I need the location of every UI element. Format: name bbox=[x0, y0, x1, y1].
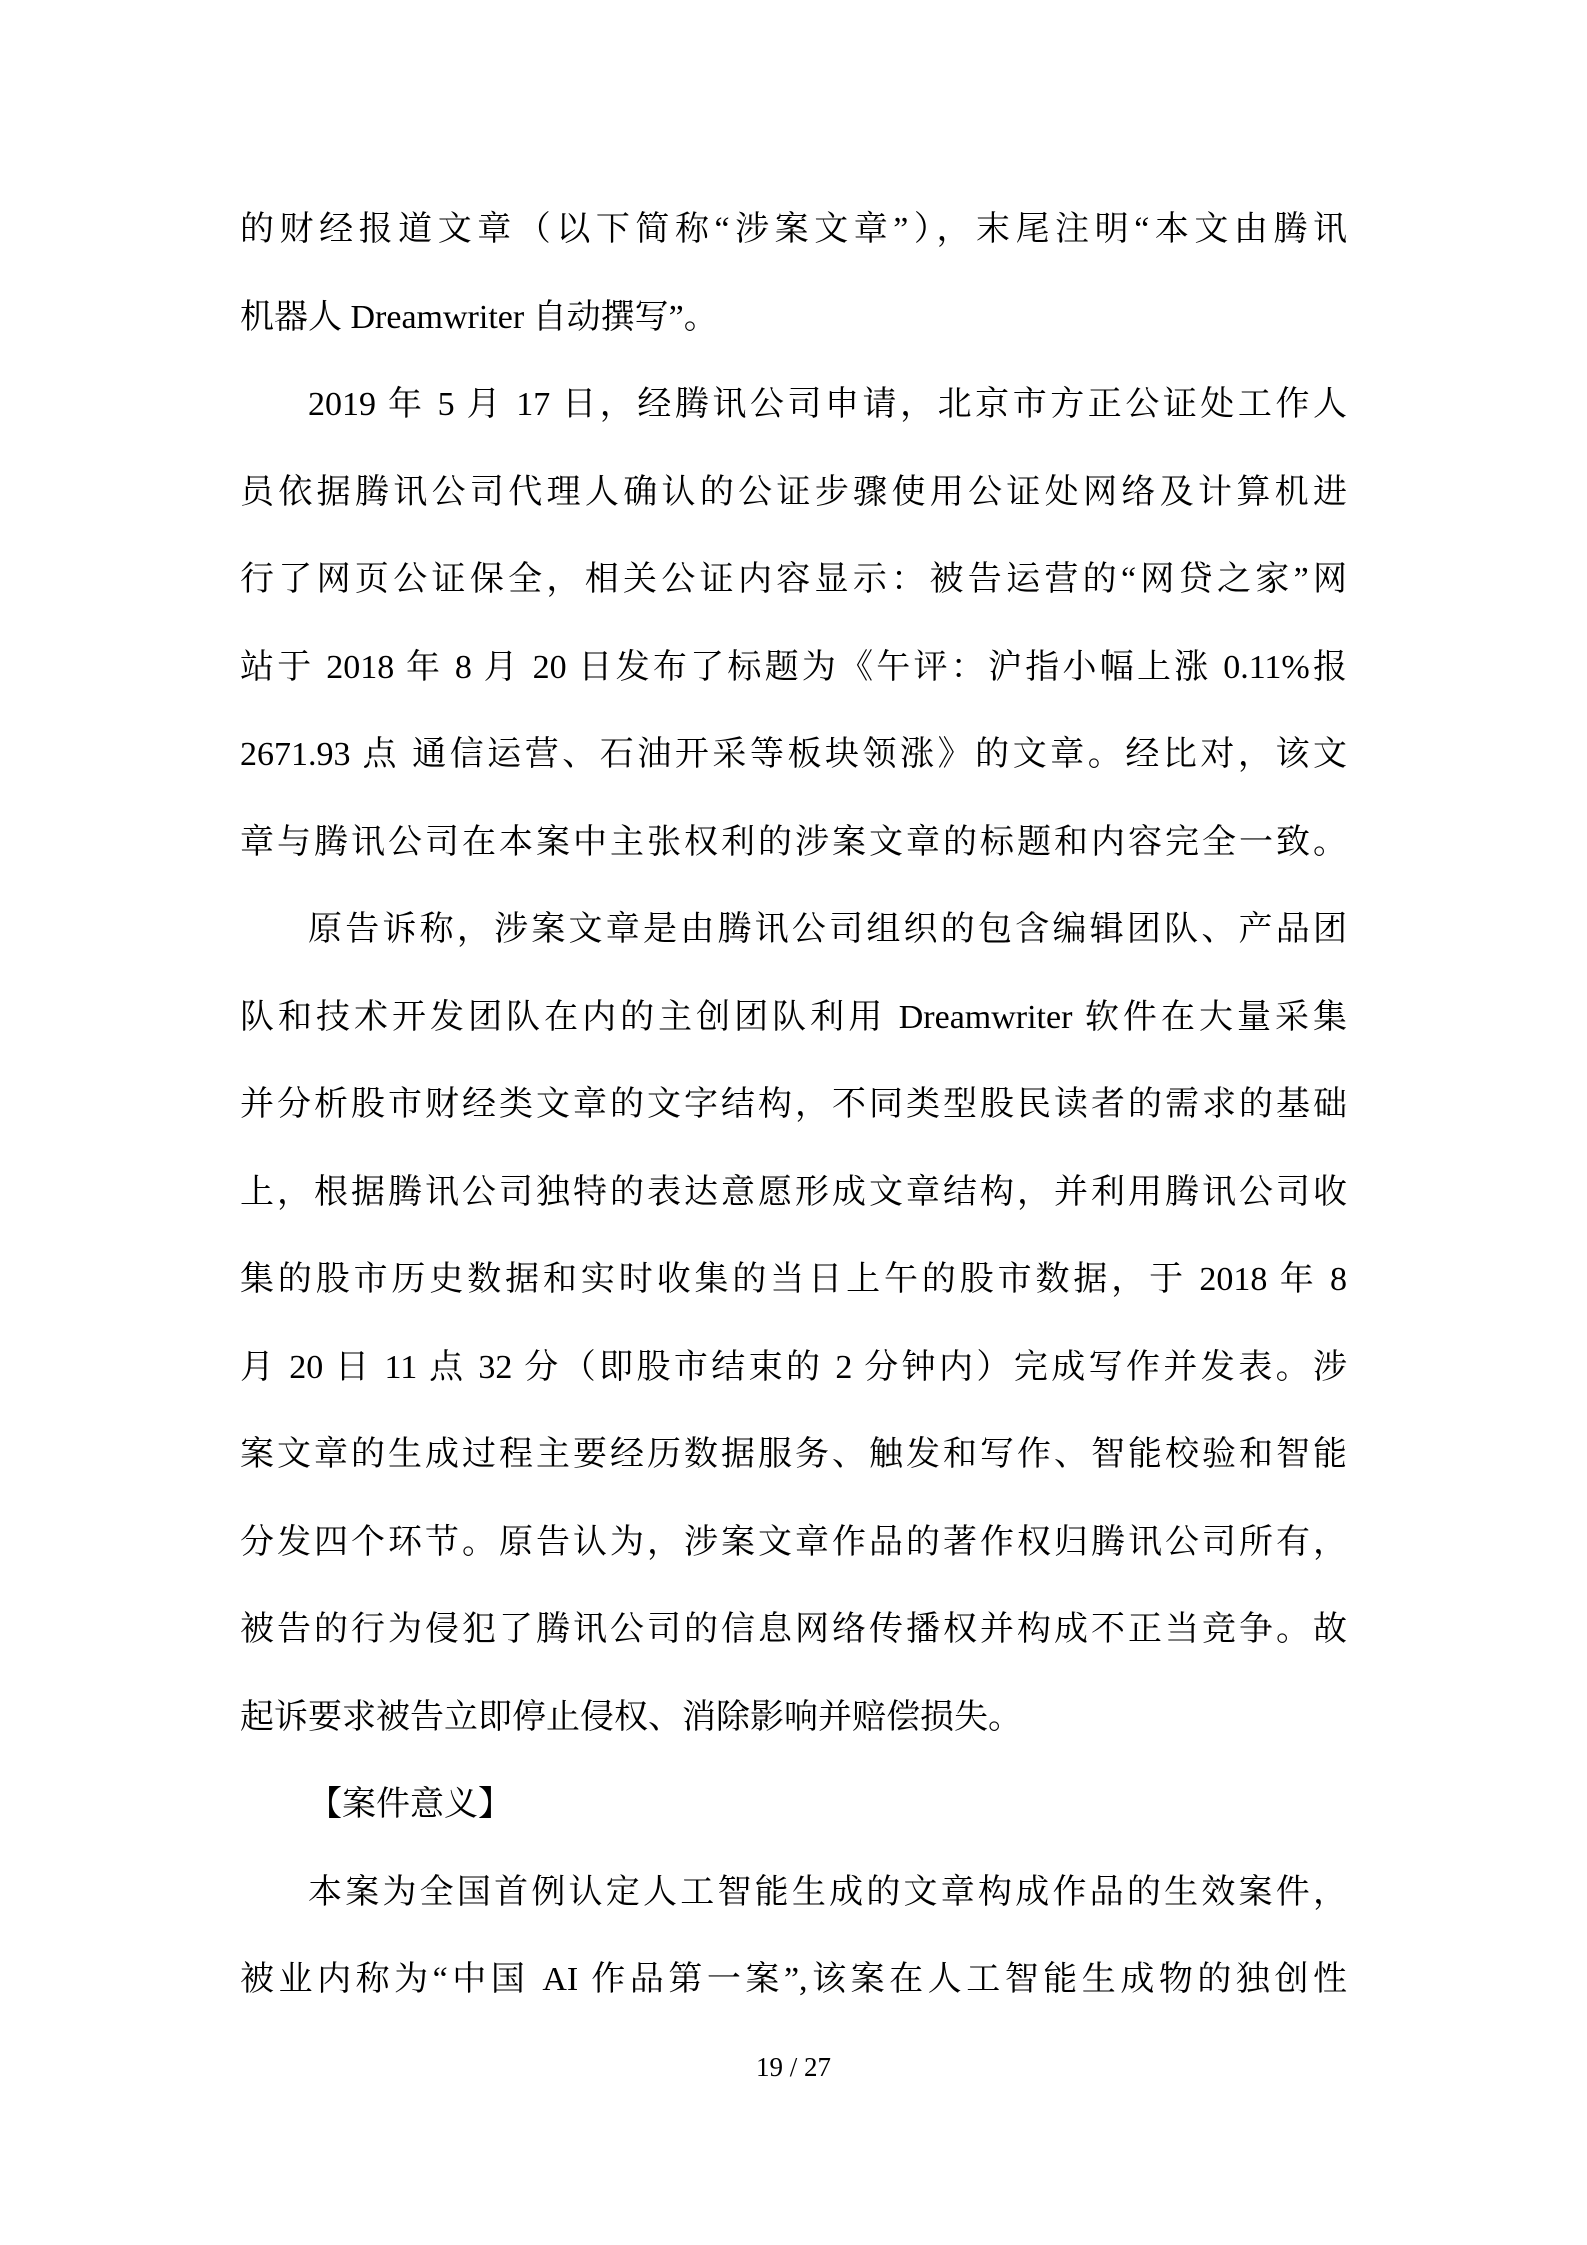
text-line: 分发四个环节。原告认为，涉案文章作品的著作权归腾讯公司所有， bbox=[240, 1499, 1347, 1587]
text-line: 2019 年 5 月 17 日，经腾讯公司申请，北京市方正公证处工作人 bbox=[240, 361, 1347, 449]
section-heading: 【案件意义】 bbox=[240, 1761, 1347, 1849]
text-line: 本案为全国首例认定人工智能生成的文章构成作品的生效案件， bbox=[240, 1849, 1347, 1937]
document-body: 的财经报道文章（以下简称“涉案文章”），末尾注明“本文由腾讯 机器人 Dream… bbox=[240, 186, 1347, 2024]
text-line: 起诉要求被告立即停止侵权、消除影响并赔偿损失。 bbox=[240, 1674, 1347, 1762]
text-line: 2671.93 点 通信运营、石油开采等板块领涨》的文章。经比对，该文 bbox=[240, 711, 1347, 799]
text-line: 原告诉称，涉案文章是由腾讯公司组织的包含编辑团队、产品团 bbox=[240, 886, 1347, 974]
text-line: 被告的行为侵犯了腾讯公司的信息网络传播权并构成不正当竞争。故 bbox=[240, 1586, 1347, 1674]
text-line: 上，根据腾讯公司独特的表达意愿形成文章结构，并利用腾讯公司收 bbox=[240, 1149, 1347, 1237]
text-line: 章与腾讯公司在本案中主张权利的涉案文章的标题和内容完全一致。 bbox=[240, 799, 1347, 887]
text-line: 机器人 Dreamwriter 自动撰写”。 bbox=[240, 274, 1347, 362]
text-line: 队和技术开发团队在内的主创团队利用 Dreamwriter 软件在大量采集 bbox=[240, 974, 1347, 1062]
text-line: 行了网页公证保全，相关公证内容显示：被告运营的“网贷之家”网 bbox=[240, 536, 1347, 624]
text-line: 站于 2018 年 8 月 20 日发布了标题为《午评：沪指小幅上涨 0.11%… bbox=[240, 624, 1347, 712]
text-line: 月 20 日 11 点 32 分（即股市结束的 2 分钟内）完成写作并发表。涉 bbox=[240, 1324, 1347, 1412]
document-page: 的财经报道文章（以下简称“涉案文章”），末尾注明“本文由腾讯 机器人 Dream… bbox=[0, 0, 1587, 2245]
text-line: 案文章的生成过程主要经历数据服务、触发和写作、智能校验和智能 bbox=[240, 1411, 1347, 1499]
text-line: 并分析股市财经类文章的文字结构，不同类型股民读者的需求的基础 bbox=[240, 1061, 1347, 1149]
page-number: 19 / 27 bbox=[0, 2050, 1587, 2084]
text-line: 被业内称为“中国 AI 作品第一案”,该案在人工智能生成物的独创性 bbox=[240, 1936, 1347, 2024]
text-line: 集的股市历史数据和实时收集的当日上午的股市数据，于 2018 年 8 bbox=[240, 1236, 1347, 1324]
text-line: 员依据腾讯公司代理人确认的公证步骤使用公证处网络及计算机进 bbox=[240, 449, 1347, 537]
text-line: 的财经报道文章（以下简称“涉案文章”），末尾注明“本文由腾讯 bbox=[240, 186, 1347, 274]
